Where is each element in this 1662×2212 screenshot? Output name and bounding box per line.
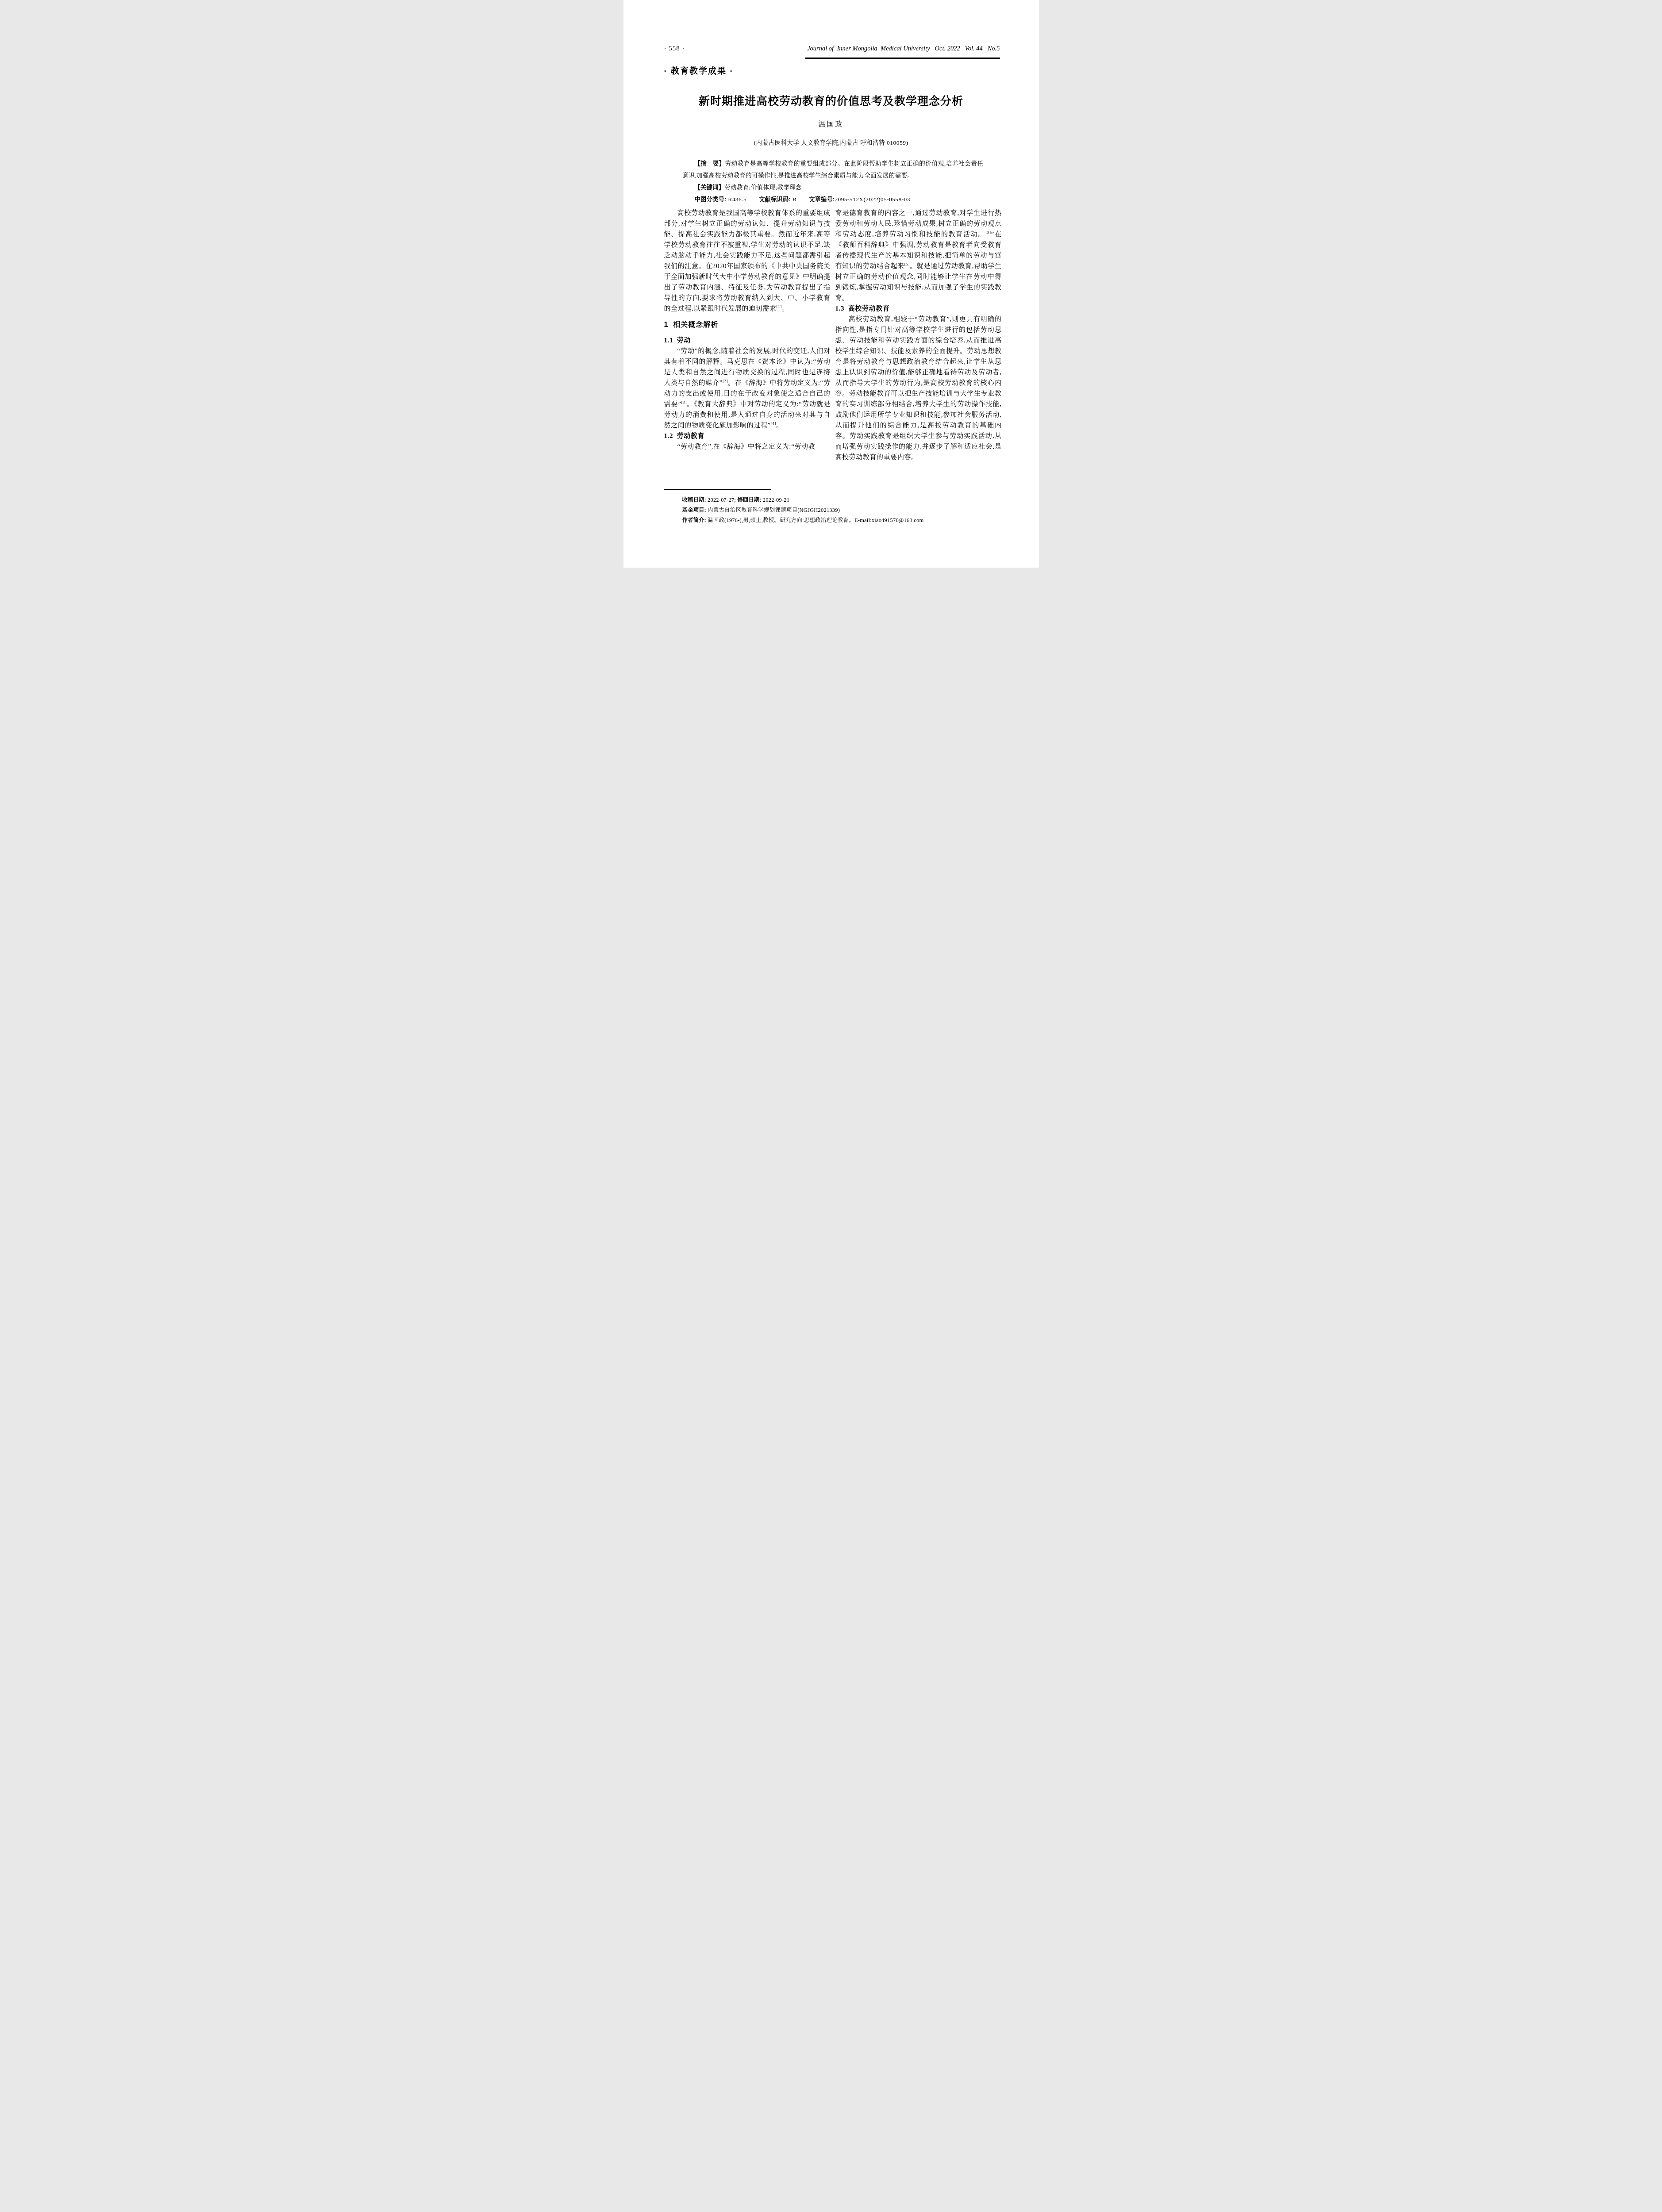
field-label: 基金项目: <box>682 507 706 513</box>
reference-superscript: [4] <box>771 421 776 426</box>
text-run: 劳动教育是高等学校教育的重要组成部分。在此阶段帮助学生树立正确的价值观,培养社会… <box>683 160 984 179</box>
author-affiliation: (内蒙古医科大学 人文教育学院,内蒙古 呼和浩特 010059) <box>623 138 1039 146</box>
field-label: 【关键词】 <box>695 184 725 191</box>
journal-citation: Journal of Inner Mongolia Medical Univer… <box>807 45 1000 53</box>
field-label: 修回日期: <box>737 497 761 503</box>
page-number: · 558 · <box>664 45 685 53</box>
text-run: R436.5 <box>727 196 747 203</box>
body-columns: 高校劳动教育是我国高等学校教育体系的重要组成部分,对学生树立正确的劳动认知、提升… <box>664 208 1002 463</box>
section-heading: 1.3 高校劳动教育 <box>835 303 1002 314</box>
footnote-block: 收稿日期: 2022-07-27; 修回日期: 2022-09-21基金项目: … <box>664 495 1011 526</box>
section-heading: 1 相关概念解析 <box>664 320 831 330</box>
field-label: 作者简介: <box>682 517 706 523</box>
field-label: 中图分类号: <box>695 196 727 203</box>
text-run: 。《教育大辞典》中对劳动的定义为:“劳动就是劳动力的消费和使用,是人通过自身的活… <box>664 401 831 429</box>
text-run: 1.3 高校劳动教育 <box>835 305 890 312</box>
text-run: 2022-09-21 <box>762 497 790 503</box>
article-title: 新时期推进高校劳动教育的价值思考及教学理念分析 <box>623 92 1039 108</box>
text-run <box>796 196 809 203</box>
reference-superscript: [3] <box>985 230 991 234</box>
meta-line: 中图分类号: R436.5 文献标识码: B 文章编号:2095-512X(20… <box>683 193 984 205</box>
reference-superscript: [2] <box>723 379 728 383</box>
text-run: 。 <box>782 305 789 312</box>
text-run: 高校劳动教育,相较于“劳动教育”,则更具有明确的指向性,是指专门针对高等学校学生… <box>835 316 1002 461</box>
text-run: 高校劳动教育是我国高等学校教育体系的重要组成部分,对学生树立正确的劳动认知、提升… <box>664 210 831 312</box>
column-section-label: · 教育教学成果 · <box>664 65 734 77</box>
reference-superscript: [3] <box>681 400 687 404</box>
text-run: 2095-512X(2022)05-0558-03 <box>835 196 910 203</box>
header-rule <box>805 56 1000 59</box>
text-run: 育是德育教育的内容之一,通过劳动教育,对学生进行热爱劳动和劳动人民,珍惜劳动成果… <box>835 210 1002 238</box>
body-paragraph: 育是德育教育的内容之一,通过劳动教育,对学生进行热爱劳动和劳动人民,珍惜劳动成果… <box>835 208 1002 303</box>
body-paragraph: 高校劳动教育,相较于“劳动教育”,则更具有明确的指向性,是指专门针对高等学校学生… <box>835 314 1002 463</box>
text-run <box>746 196 759 203</box>
keywords-line: 【关键词】劳动教育;价值体现;教学理念 <box>683 181 984 193</box>
field-label: 【摘 要】 <box>695 160 725 167</box>
text-run: 1 相关概念解析 <box>664 321 719 329</box>
author-name: 温国政 <box>623 119 1039 129</box>
section-heading: 1.2 劳动教育 <box>664 431 831 442</box>
abstract-paragraph: 【摘 要】劳动教育是高等学校教育的重要组成部分。在此阶段帮助学生树立正确的价值观… <box>683 157 984 181</box>
body-paragraph: “劳动教育”,在《辞海》中将之定义为:“劳动教 <box>664 442 831 452</box>
field-label: 文章编号: <box>809 196 835 203</box>
column-left: 高校劳动教育是我国高等学校教育体系的重要组成部分,对学生树立正确的劳动认知、提升… <box>664 208 831 463</box>
text-run: B <box>791 196 796 203</box>
abstract-block: 【摘 要】劳动教育是高等学校教育的重要组成部分。在此阶段帮助学生树立正确的价值观… <box>683 157 984 205</box>
text-run: 1.1 劳动 <box>664 337 691 344</box>
field-label: 收稿日期: <box>682 497 706 503</box>
text-run: “劳动教育”,在《辞海》中将之定义为:“劳动教 <box>677 443 816 450</box>
text-run: 内蒙古自治区教育科学规划课题项目(NGJGH2021339) <box>706 507 840 513</box>
page-header: · 558 · Journal of Inner Mongolia Medica… <box>664 45 1000 53</box>
reference-superscript: [5] <box>904 262 910 266</box>
text-run: 2022-07-27; <box>706 497 738 503</box>
footnote-line: 作者简介: 温国政(1976-),男,硕士,教授。研究方向:思想政治理论教育。E… <box>664 515 1011 526</box>
field-label: 文献标识码: <box>759 196 791 203</box>
journal-page: · 558 · Journal of Inner Mongolia Medica… <box>623 0 1039 568</box>
column-right: 育是德育教育的内容之一,通过劳动教育,对学生进行热爱劳动和劳动人民,珍惜劳动成果… <box>835 208 1002 463</box>
section-heading: 1.1 劳动 <box>664 335 831 346</box>
reference-superscript: [1] <box>776 304 781 309</box>
footnote-line: 收稿日期: 2022-07-27; 修回日期: 2022-09-21 <box>664 495 1011 505</box>
body-paragraph: “劳动”的概念,随着社会的发展,时代的变迁,人们对其有着不同的解释。马克思在《资… <box>664 346 831 431</box>
text-run: 温国政(1976-),男,硕士,教授。研究方向:思想政治理论教育。E-mail:… <box>706 517 924 523</box>
text-run: 。 <box>776 422 783 429</box>
footnote-separator <box>664 489 771 490</box>
footnote-line: 基金项目: 内蒙古自治区教育科学规划课题项目(NGJGH2021339) <box>664 505 1011 515</box>
text-run: 劳动教育;价值体现;教学理念 <box>724 184 802 191</box>
text-run: 1.2 劳动教育 <box>664 433 705 440</box>
body-paragraph: 高校劳动教育是我国高等学校教育体系的重要组成部分,对学生树立正确的劳动认知、提升… <box>664 208 831 314</box>
